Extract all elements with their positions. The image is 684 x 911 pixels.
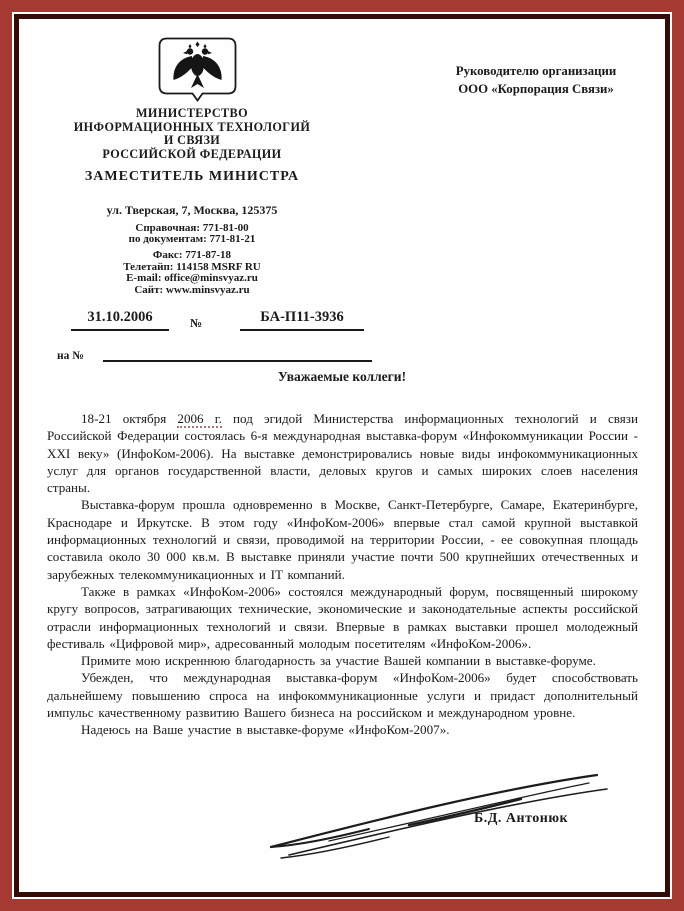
body-paragraph-4: Примите мою искреннюю благодарность за у…	[47, 652, 638, 669]
addressee-block: Руководителю организации ООО «Корпорация…	[409, 63, 663, 98]
ministry-name-line: ИНФОРМАЦИОННЫХ ТЕХНОЛОГИЙ	[42, 121, 342, 135]
russian-coat-of-arms-icon	[158, 37, 237, 103]
incoming-number-label: на №	[57, 350, 84, 362]
letter-date: 31.10.2006	[71, 309, 169, 331]
ministry-name-line: МИНИСТЕРСТВО	[42, 107, 342, 121]
contact-line-fax: Факс: 771-87-18	[42, 250, 342, 262]
document-inner-border: МИНИСТЕРСТВО ИНФОРМАЦИОННЫХ ТЕХНОЛОГИЙ И…	[14, 14, 670, 897]
ministry-name: МИНИСТЕРСТВО ИНФОРМАЦИОННЫХ ТЕХНОЛОГИЙ И…	[42, 107, 342, 161]
body-paragraph-3: Также в рамках «ИнфоКом-2006» состоялся …	[47, 583, 638, 652]
contact-line-email: E-mail: office@minsvyaz.ru	[42, 273, 342, 285]
signatory-name: Б.Д. Антонюк	[474, 811, 568, 827]
document-outer-border: МИНИСТЕРСТВО ИНФОРМАЦИОННЫХ ТЕХНОЛОГИЙ И…	[0, 0, 684, 911]
body-p1-underlined-date: 2006 г.	[177, 411, 222, 428]
number-sign: №	[190, 316, 202, 331]
letter-number: БА-П11-3936	[240, 309, 364, 331]
ministry-name-line: РОССИЙСКОЙ ФЕДЕРАЦИИ	[42, 148, 342, 162]
body-paragraph-5: Убежден, что международная выставка-фору…	[47, 669, 638, 721]
letter-body: 18-21 октября 2006 г. под эгидой Министе…	[47, 410, 638, 739]
addressee-company: ООО «Корпорация Связи»	[409, 81, 663, 99]
body-p1-prefix: 18-21 октября	[81, 411, 177, 426]
contact-block: ул. Тверская, 7, Москва, 125375 Справочн…	[42, 205, 342, 296]
incoming-number-blank-line	[103, 349, 372, 362]
ministry-name-line: И СВЯЗИ	[42, 134, 342, 148]
salutation: Уважаемые коллеги!	[19, 369, 665, 385]
body-paragraph-2: Выставка-форум прошла одновременно в Мос…	[47, 496, 638, 582]
document-white-border-line: МИНИСТЕРСТВО ИНФОРМАЦИОННЫХ ТЕХНОЛОГИЙ И…	[12, 12, 672, 899]
body-paragraph-6: Надеюсь на Ваше участие в выставке-форум…	[47, 721, 638, 738]
body-paragraph-1: 18-21 октября 2006 г. под эгидой Министе…	[47, 410, 638, 496]
postal-address: ул. Тверская, 7, Москва, 125375	[42, 205, 342, 217]
contact-line-phone-docs: по документам: 771-81-21	[42, 234, 342, 246]
letter-page: МИНИСТЕРСТВО ИНФОРМАЦИОННЫХ ТЕХНОЛОГИЙ И…	[19, 19, 665, 892]
contact-line-website: Сайт: www.minsvyaz.ru	[42, 285, 342, 297]
addressee-role: Руководителю организации	[409, 63, 663, 81]
deputy-minister-title: ЗАМЕСТИТЕЛЬ МИНИСТРА	[42, 169, 342, 185]
